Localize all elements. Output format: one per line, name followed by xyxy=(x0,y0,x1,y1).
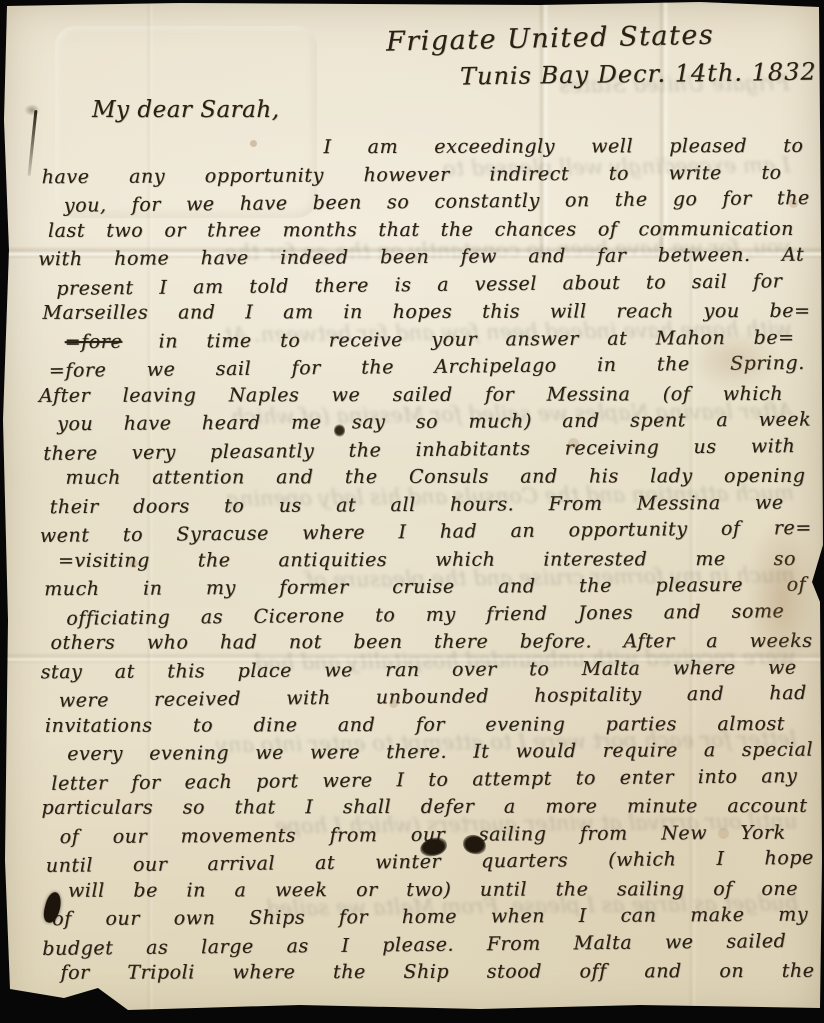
paper-stain xyxy=(690,330,780,390)
letterhead-place-date: Tunis Bay Decr. 14th. 1832 xyxy=(460,57,824,90)
paper-tear xyxy=(24,104,40,116)
letter-line: will be in a week or two) until the sail… xyxy=(68,875,816,904)
letter-line: for Tripoli where the Ship stood off and… xyxy=(60,958,816,987)
letter-line: particulars so that I shall defer a more… xyxy=(41,793,815,823)
letter-line: =visiting the antiquities which interest… xyxy=(58,545,814,574)
foxing-spots xyxy=(250,140,257,147)
ink-spot xyxy=(334,424,345,437)
letter-paper: Frigate United States I am exceedingly w… xyxy=(0,0,824,1023)
letter-line: I am exceedingly well pleased to xyxy=(55,133,811,162)
letter-line: others who had not been there before. Af… xyxy=(50,628,814,658)
letter-line: Marseilles and I am in hopes this will r… xyxy=(42,298,812,328)
letter-body: I am exceedingly well pleased to have an… xyxy=(0,131,824,989)
letter-line: last two or three months that the chance… xyxy=(48,215,812,245)
scan-background: Frigate United States I am exceedingly w… xyxy=(0,0,824,1023)
salutation: My dear Sarah, xyxy=(92,97,824,123)
letterhead-ship: Frigate United States xyxy=(386,17,824,57)
paper-stain xyxy=(746,518,818,680)
struck-word: =fore xyxy=(65,330,123,352)
letter-line: much attention and the Consuls and his l… xyxy=(65,463,813,492)
letter-content: Frigate United States Tunis Bay Decr. 14… xyxy=(0,0,824,987)
letter-line: invitations to dine and for evening part… xyxy=(45,710,815,740)
